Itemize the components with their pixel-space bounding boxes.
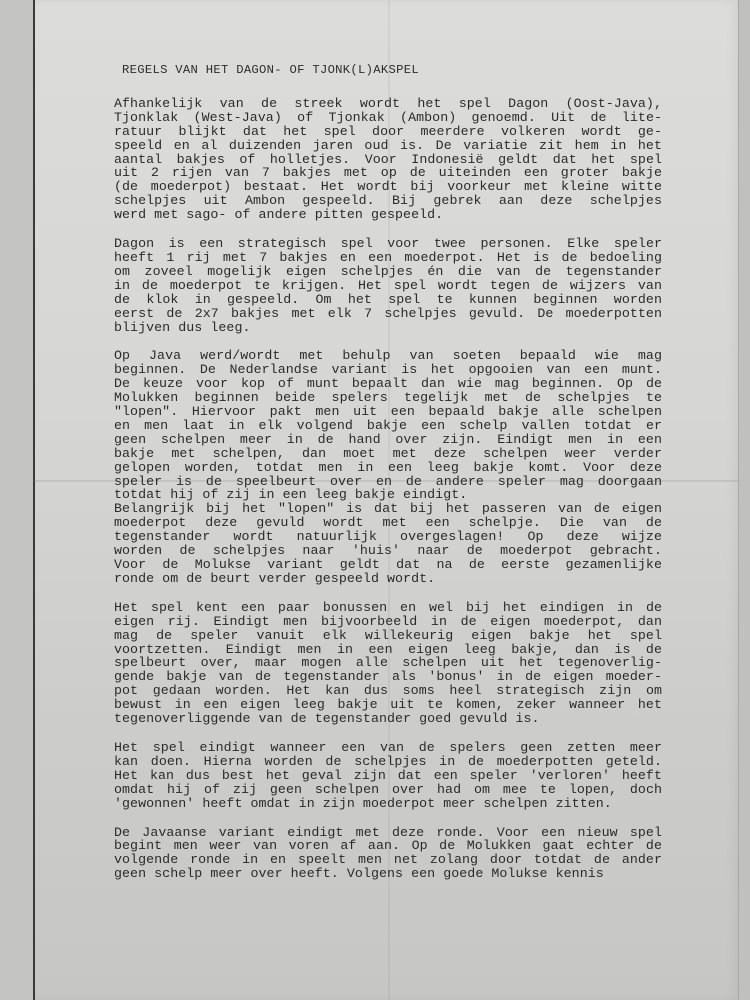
paragraph: Afhankelijk van de streek wordt het spel… (114, 97, 662, 222)
paper-edge (738, 0, 750, 1000)
text-line: Voor de Molukse variant geldt dat na de … (114, 558, 662, 572)
paragraph-list: Afhankelijk van de streek wordt het spel… (114, 97, 662, 881)
text-line: eerst de 2x7 bakjes met elk 7 schelpjes … (114, 307, 662, 321)
text-line: eigen rij. Eindigt men bijvoorbeeld in d… (114, 615, 662, 629)
paragraph: Het spel eindigt wanneer een van de spel… (114, 741, 662, 811)
text-line: volgende ronde in en speelt men net zola… (114, 853, 662, 867)
text-line: speeld en al duizenden jaren oud is. De … (114, 139, 662, 153)
text-line: bakje met schelpen, dan moet met deze sc… (114, 447, 662, 461)
text-line: omdat hij of zij geen schelpen over had … (114, 783, 662, 797)
text-line: "lopen". Hiervoor pakt men uit een bepaa… (114, 405, 662, 419)
text-line: begint men weer van voren af aan. Op de … (114, 839, 662, 853)
document-body: REGELS VAN HET DAGON- OF TJONK(L)AKSPEL … (114, 64, 662, 896)
text-line: ratuur blijkt dat het spel door meerdere… (114, 125, 662, 139)
text-line: Het spel eindigt wanneer een van de spel… (114, 741, 662, 755)
text-line: werd met sago- of andere pitten gespeeld… (114, 208, 662, 222)
paragraph: De Javaanse variant eindigt met deze ron… (114, 826, 662, 882)
text-line: bewust in een eigen leeg bakje uit te ko… (114, 698, 662, 712)
text-line: kan doen. Hierna worden de schelpjes in … (114, 755, 662, 769)
text-line: Belangrijk bij het "lopen" is dat bij he… (114, 502, 662, 516)
text-line: voortzetten. Eindigt men in een eigen le… (114, 643, 662, 657)
text-line: De keuze voor kop of munt bepaalt dan wi… (114, 377, 662, 391)
text-line: speler is de speelbeurt over en de ander… (114, 475, 662, 489)
text-line: Het spel kent een paar bonussen en wel b… (114, 601, 662, 615)
text-line: in de moederpot te krijgen. Het spel wor… (114, 279, 662, 293)
text-line: mag de speler vanuit elk willekeurig eig… (114, 629, 662, 643)
text-line: gende bakje van de tegenstander als 'bon… (114, 670, 662, 684)
text-line: ronde om de beurt verder gespeeld wordt. (114, 572, 662, 586)
text-line: heeft 1 rij met 7 bakjes en een moederpo… (114, 251, 662, 265)
text-line: 'gewonnen' heeft omdat in zijn moederpot… (114, 797, 662, 811)
text-line: totdat hij of zij in een leeg bakje eind… (114, 488, 662, 502)
text-line: tegenstander wordt natuurlijk overgeslag… (114, 530, 662, 544)
text-line: spelbeurt over, maar mogen alle schelpen… (114, 656, 662, 670)
text-line: om zoveel mogelijk eigen schelpjes én di… (114, 265, 662, 279)
text-line: De Javaanse variant eindigt met deze ron… (114, 826, 662, 840)
text-line: gelopen worden, totdat men in een leeg b… (114, 461, 662, 475)
paragraph: Dagon is een strategisch spel voor twee … (114, 237, 662, 334)
text-line: tegenoverliggende van de tegenstander go… (114, 712, 662, 726)
text-line: beginnen. De Nederlandse variant is het … (114, 363, 662, 377)
text-line: (de moederpot) bestaat. Het wordt bij vo… (114, 180, 662, 194)
paragraph: Het spel kent een paar bonussen en wel b… (114, 601, 662, 726)
text-line: pot gedaan worden. Het kan dus soms heel… (114, 684, 662, 698)
text-line: en men laat in elk volgend bakje een sch… (114, 419, 662, 433)
text-line: de klok in gespeeld. Om het spel te kunn… (114, 293, 662, 307)
text-line: Op Java werd/wordt met behulp van soeten… (114, 349, 662, 363)
text-line: schelpjes uit Ambon gespeeld. Bij gebrek… (114, 194, 662, 208)
paragraph: Belangrijk bij het "lopen" is dat bij he… (114, 502, 662, 585)
text-line: geen schelpen meer in de hand over zijn.… (114, 433, 662, 447)
text-line: geen schelp meer over heeft. Volgens een… (114, 867, 662, 881)
text-line: worden de schelpjes naar 'huis' naar de … (114, 544, 662, 558)
text-line: Dagon is een strategisch spel voor twee … (114, 237, 662, 251)
text-line: blijven dus leeg. (114, 321, 662, 335)
background-surface (0, 0, 33, 1000)
paragraph: Op Java werd/wordt met behulp van soeten… (114, 349, 662, 502)
text-line: Molukken beginnen beide spelers tegelijk… (114, 391, 662, 405)
document-title: REGELS VAN HET DAGON- OF TJONK(L)AKSPEL (122, 64, 662, 78)
text-line: moederpot deze gevuld wordt met een sche… (114, 516, 662, 530)
text-line: Afhankelijk van de streek wordt het spel… (114, 97, 662, 111)
text-line: Tjonklak (West-Java) of Tjonkak (Ambon) … (114, 111, 662, 125)
text-line: Het kan dus best het geval zijn dat een … (114, 769, 662, 783)
text-line: aantal bakjes of holletjes. Voor Indones… (114, 153, 662, 167)
text-line: uit 2 rijen van 7 bakjes met op de uitei… (114, 166, 662, 180)
